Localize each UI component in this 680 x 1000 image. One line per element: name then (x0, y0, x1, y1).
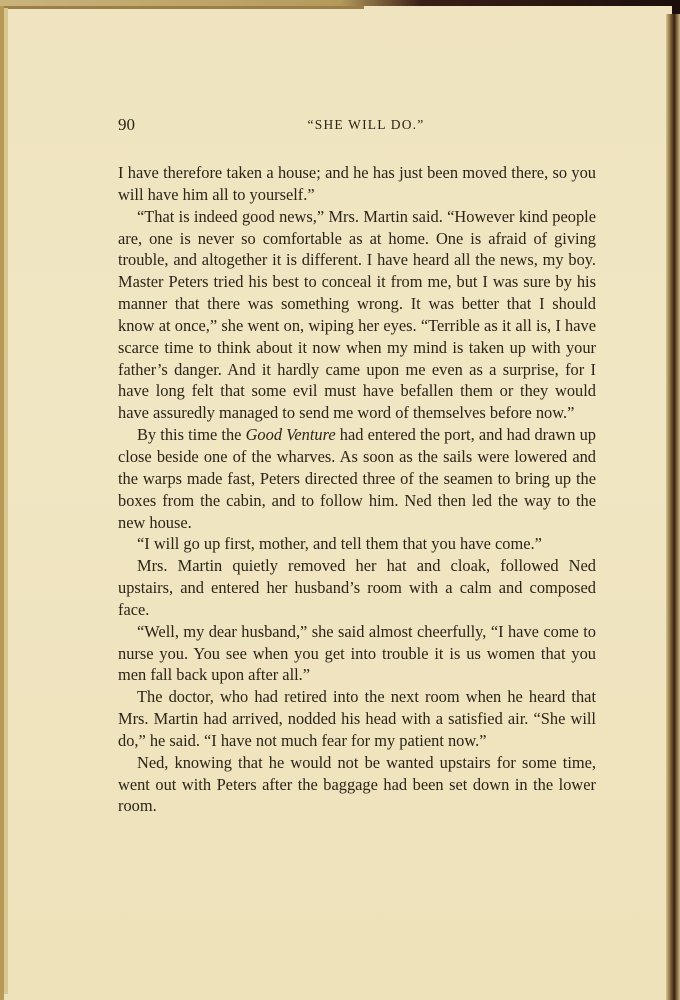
ship-name: Good Venture (246, 425, 336, 444)
paragraph: The doctor, who had retired into the nex… (118, 686, 596, 752)
page-content: 90 “SHE WILL DO.” I have therefore taken… (118, 114, 596, 817)
paragraph-text: By this time the (137, 425, 246, 444)
paragraph: “I will go up first, mother, and tell th… (118, 533, 596, 555)
running-head: “SHE WILL DO.” (118, 114, 596, 136)
page-header: 90 “SHE WILL DO.” (118, 114, 596, 136)
page-binding-edge (4, 8, 8, 994)
paragraph: Ned, knowing that he would not be wanted… (118, 752, 596, 818)
paragraph: Mrs. Martin quietly removed her hat and … (118, 555, 596, 621)
paragraph: “Well, my dear husband,” she said almost… (118, 621, 596, 687)
page-top-edge (4, 6, 364, 9)
page-right-edge (666, 14, 680, 1000)
paragraph: By this time the Good Venture had entere… (118, 424, 596, 533)
paragraph: “That is indeed good news,” Mrs. Martin … (118, 206, 596, 424)
paragraph: I have therefore taken a house; and he h… (118, 162, 596, 206)
